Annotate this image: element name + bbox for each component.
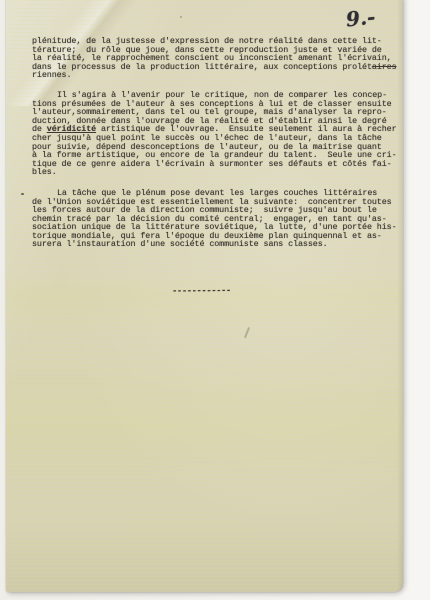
struck-out-text: aires	[372, 62, 397, 72]
paragraph-2: Il s'agira à l'avenir pour le critique, …	[32, 91, 408, 177]
text-line: surera l'instauration d'une société comm…	[32, 240, 408, 249]
text-line: riennes.	[32, 71, 408, 80]
text-segment: dans le processus de la production litté…	[32, 62, 372, 72]
paragraph-1: plénitude, de la justesse d'expression d…	[32, 37, 408, 80]
pencil-mark	[244, 327, 250, 338]
typed-divider: ------------	[172, 286, 231, 297]
paragraph-3: La tâche que le plénum pose devant les l…	[32, 189, 408, 249]
ink-speck	[21, 193, 24, 195]
typewritten-text: plénitude, de la justesse d'expression d…	[32, 37, 408, 249]
text-line: bles.	[32, 168, 408, 177]
text-line: tique de ce genre aidera l'écrivain à su…	[32, 160, 408, 169]
ink-speck	[180, 16, 182, 18]
document-page: 9.- plénitude, de la justesse d'expressi…	[6, 0, 403, 592]
page-number: 9.-	[345, 5, 377, 32]
scan-background: 9.- plénitude, de la justesse d'expressi…	[0, 0, 430, 600]
text-line-with-strikeout: dans le processus de la production litté…	[32, 63, 408, 72]
